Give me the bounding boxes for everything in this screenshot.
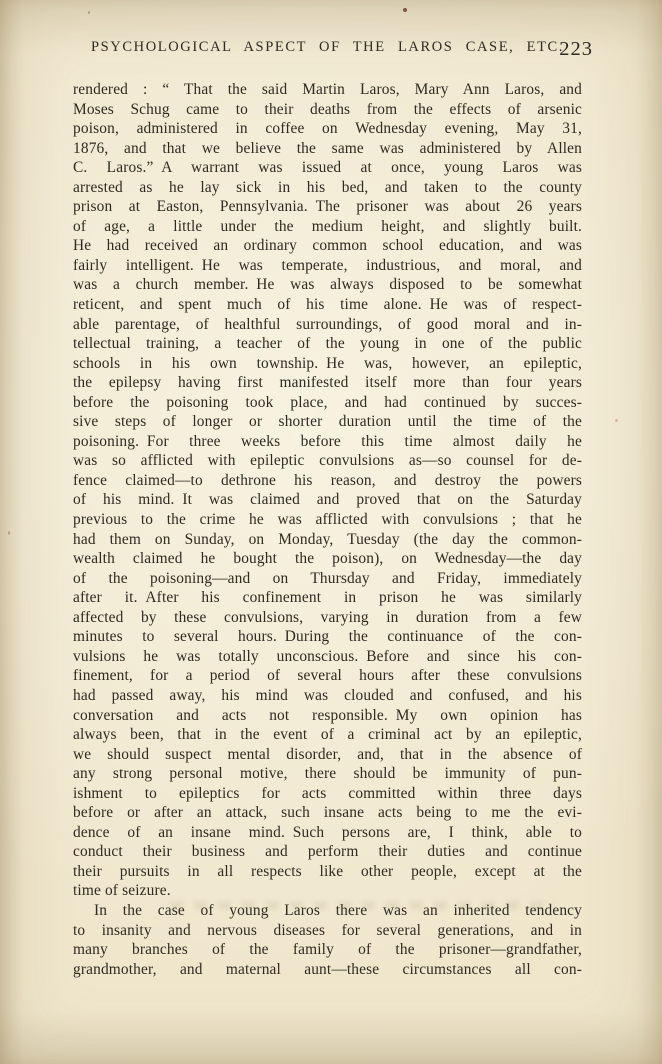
- text-line: their pursuits in all respects like othe…: [73, 862, 582, 882]
- show-through-smudge: [170, 901, 555, 910]
- text-line: He had received an ordinary common schoo…: [73, 236, 582, 256]
- book-page: PSYCHOLOGICAL ASPECT OF THE LAROS CASE, …: [0, 0, 662, 1064]
- text-line: of his mind. It was claimed and proved t…: [73, 490, 582, 510]
- text-line: time of seizure.: [73, 881, 582, 901]
- paper-speck: [8, 531, 10, 535]
- text-line: any strong personal motive, there should…: [73, 764, 582, 784]
- text-line: of age, a little under the medium height…: [73, 217, 582, 237]
- page-number: 223: [559, 36, 593, 62]
- text-line: dence of an insane mind. Such persons ar…: [73, 823, 582, 843]
- text-line: conversation and acts not responsible. M…: [73, 706, 582, 726]
- text-block: rendered : “ That the said Martin Laros,…: [73, 80, 582, 979]
- text-line: tellectual training, a teacher of the yo…: [73, 334, 582, 354]
- text-line: the epilepsy having first manifested its…: [73, 373, 582, 393]
- text-line: after it. After his confinement in priso…: [73, 588, 582, 608]
- text-line: before the poisoning took place, and had…: [73, 393, 582, 413]
- text-line: affected by these convulsions, varying i…: [73, 608, 582, 628]
- text-line: Moses Schug came to their deaths from th…: [73, 100, 582, 120]
- text-line: previous to the crime he was afflicted w…: [73, 510, 582, 530]
- text-line: fairly intelligent. He was temperate, in…: [73, 256, 582, 276]
- text-line: rendered : “ That the said Martin Laros,…: [73, 80, 582, 100]
- paper-speck: [403, 8, 407, 12]
- text-line: minutes to several hours. During the con…: [73, 627, 582, 647]
- text-line: grandmother, and maternal aunt—these cir…: [73, 960, 582, 980]
- text-line: ishment to epileptics for acts committed…: [73, 784, 582, 804]
- text-line: had passed away, his mind was clouded an…: [73, 686, 582, 706]
- text-line: of the poisoning—and on Thursday and Fri…: [73, 569, 582, 589]
- text-line: vulsions he was totally unconscious. Bef…: [73, 647, 582, 667]
- text-line: wealth claimed he bought the poison), on…: [73, 549, 582, 569]
- text-line: C. Laros.” A warrant was issued at once,…: [73, 158, 582, 178]
- text-line: arrested as he lay sick in his bed, and …: [73, 178, 582, 198]
- text-line: schools in his own township. He was, how…: [73, 354, 582, 374]
- running-header: PSYCHOLOGICAL ASPECT OF THE LAROS CASE, …: [73, 34, 582, 60]
- running-header-title: PSYCHOLOGICAL ASPECT OF THE LAROS CASE, …: [91, 39, 564, 55]
- paper-speck: [615, 419, 618, 422]
- text-line: was a church member. He was always dispo…: [73, 275, 582, 295]
- text-line: many branches of the family of the priso…: [73, 940, 582, 960]
- text-line: reticent, and spent much of his time alo…: [73, 295, 582, 315]
- text-line: 1876, and that we believe the same was a…: [73, 139, 582, 159]
- text-line: was so afflicted with epileptic convulsi…: [73, 451, 582, 471]
- text-line: fence claimed—to dethrone his reason, an…: [73, 471, 582, 491]
- text-line: poisoning. For three weeks before this t…: [73, 432, 582, 452]
- text-line: able parentage, of healthful surrounding…: [73, 315, 582, 335]
- text-line: sive steps of longer or shorter duration…: [73, 412, 582, 432]
- text-line: had them on Sunday, on Monday, Tuesday (…: [73, 530, 582, 550]
- text-line: always been, that in the event of a crim…: [73, 725, 582, 745]
- text-line: before or after an attack, such insane a…: [73, 803, 582, 823]
- text-line: finement, for a period of several hours …: [73, 666, 582, 686]
- text-line: conduct their business and perform their…: [73, 842, 582, 862]
- paper-speck: [88, 11, 90, 14]
- text-line: to insanity and nervous diseases for sev…: [73, 921, 582, 941]
- text-line: poison, administered in coffee on Wednes…: [73, 119, 582, 139]
- text-line: prison at Easton, Pennsylvania. The pris…: [73, 197, 582, 217]
- text-line: we should suspect mental disorder, and, …: [73, 745, 582, 765]
